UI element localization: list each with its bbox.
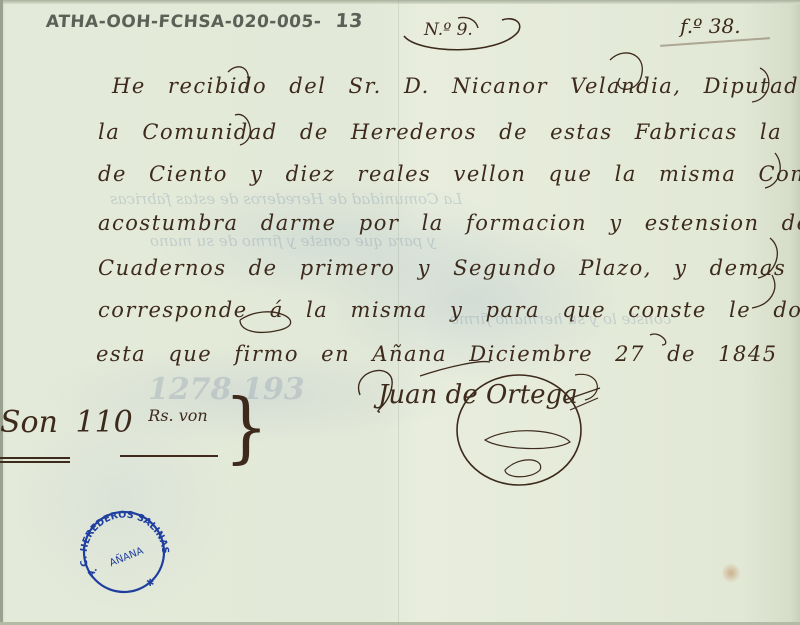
archive-stamp: C. HEREDEROS SALINAS AÑANA A. ✱ [74, 500, 174, 600]
body-line-7: esta que firmo en Añana Diciembre 27 de … [96, 344, 800, 365]
curly-brace: } [224, 382, 269, 472]
amount-double-rule [0, 461, 70, 463]
body-line-1: He recibido del Sr. D. Nicanor Velandia,… [112, 76, 800, 97]
signature: Juan de Ortega [378, 380, 578, 410]
body-line-5: Cuadernos de primero y Segundo Plazo, y … [98, 258, 800, 279]
stamp-center-text: AÑANA [107, 544, 145, 569]
document-scan: 1278 193 La Comunidad de Herederos de es… [0, 0, 800, 625]
body-line-6: corresponde á la misma y para que conste… [98, 300, 800, 321]
body-line-3: de Ciento y diez reales vellon que la mi… [98, 164, 800, 185]
amount-summary: Son 110 Rs. von [0, 405, 208, 440]
amount-unit: Rs. von [148, 406, 207, 425]
amount-underline [120, 455, 218, 457]
stamp-star-icon: ✱ [146, 578, 154, 589]
amount-value: 110 [75, 405, 132, 440]
body-line-2: la Comunidad de Herederos de estas Fabri… [98, 122, 800, 143]
body-line-4: acostumbra darme por la formacion y este… [98, 213, 800, 234]
amount-prefix: Son [0, 405, 58, 440]
amount-double-rule [0, 457, 70, 459]
